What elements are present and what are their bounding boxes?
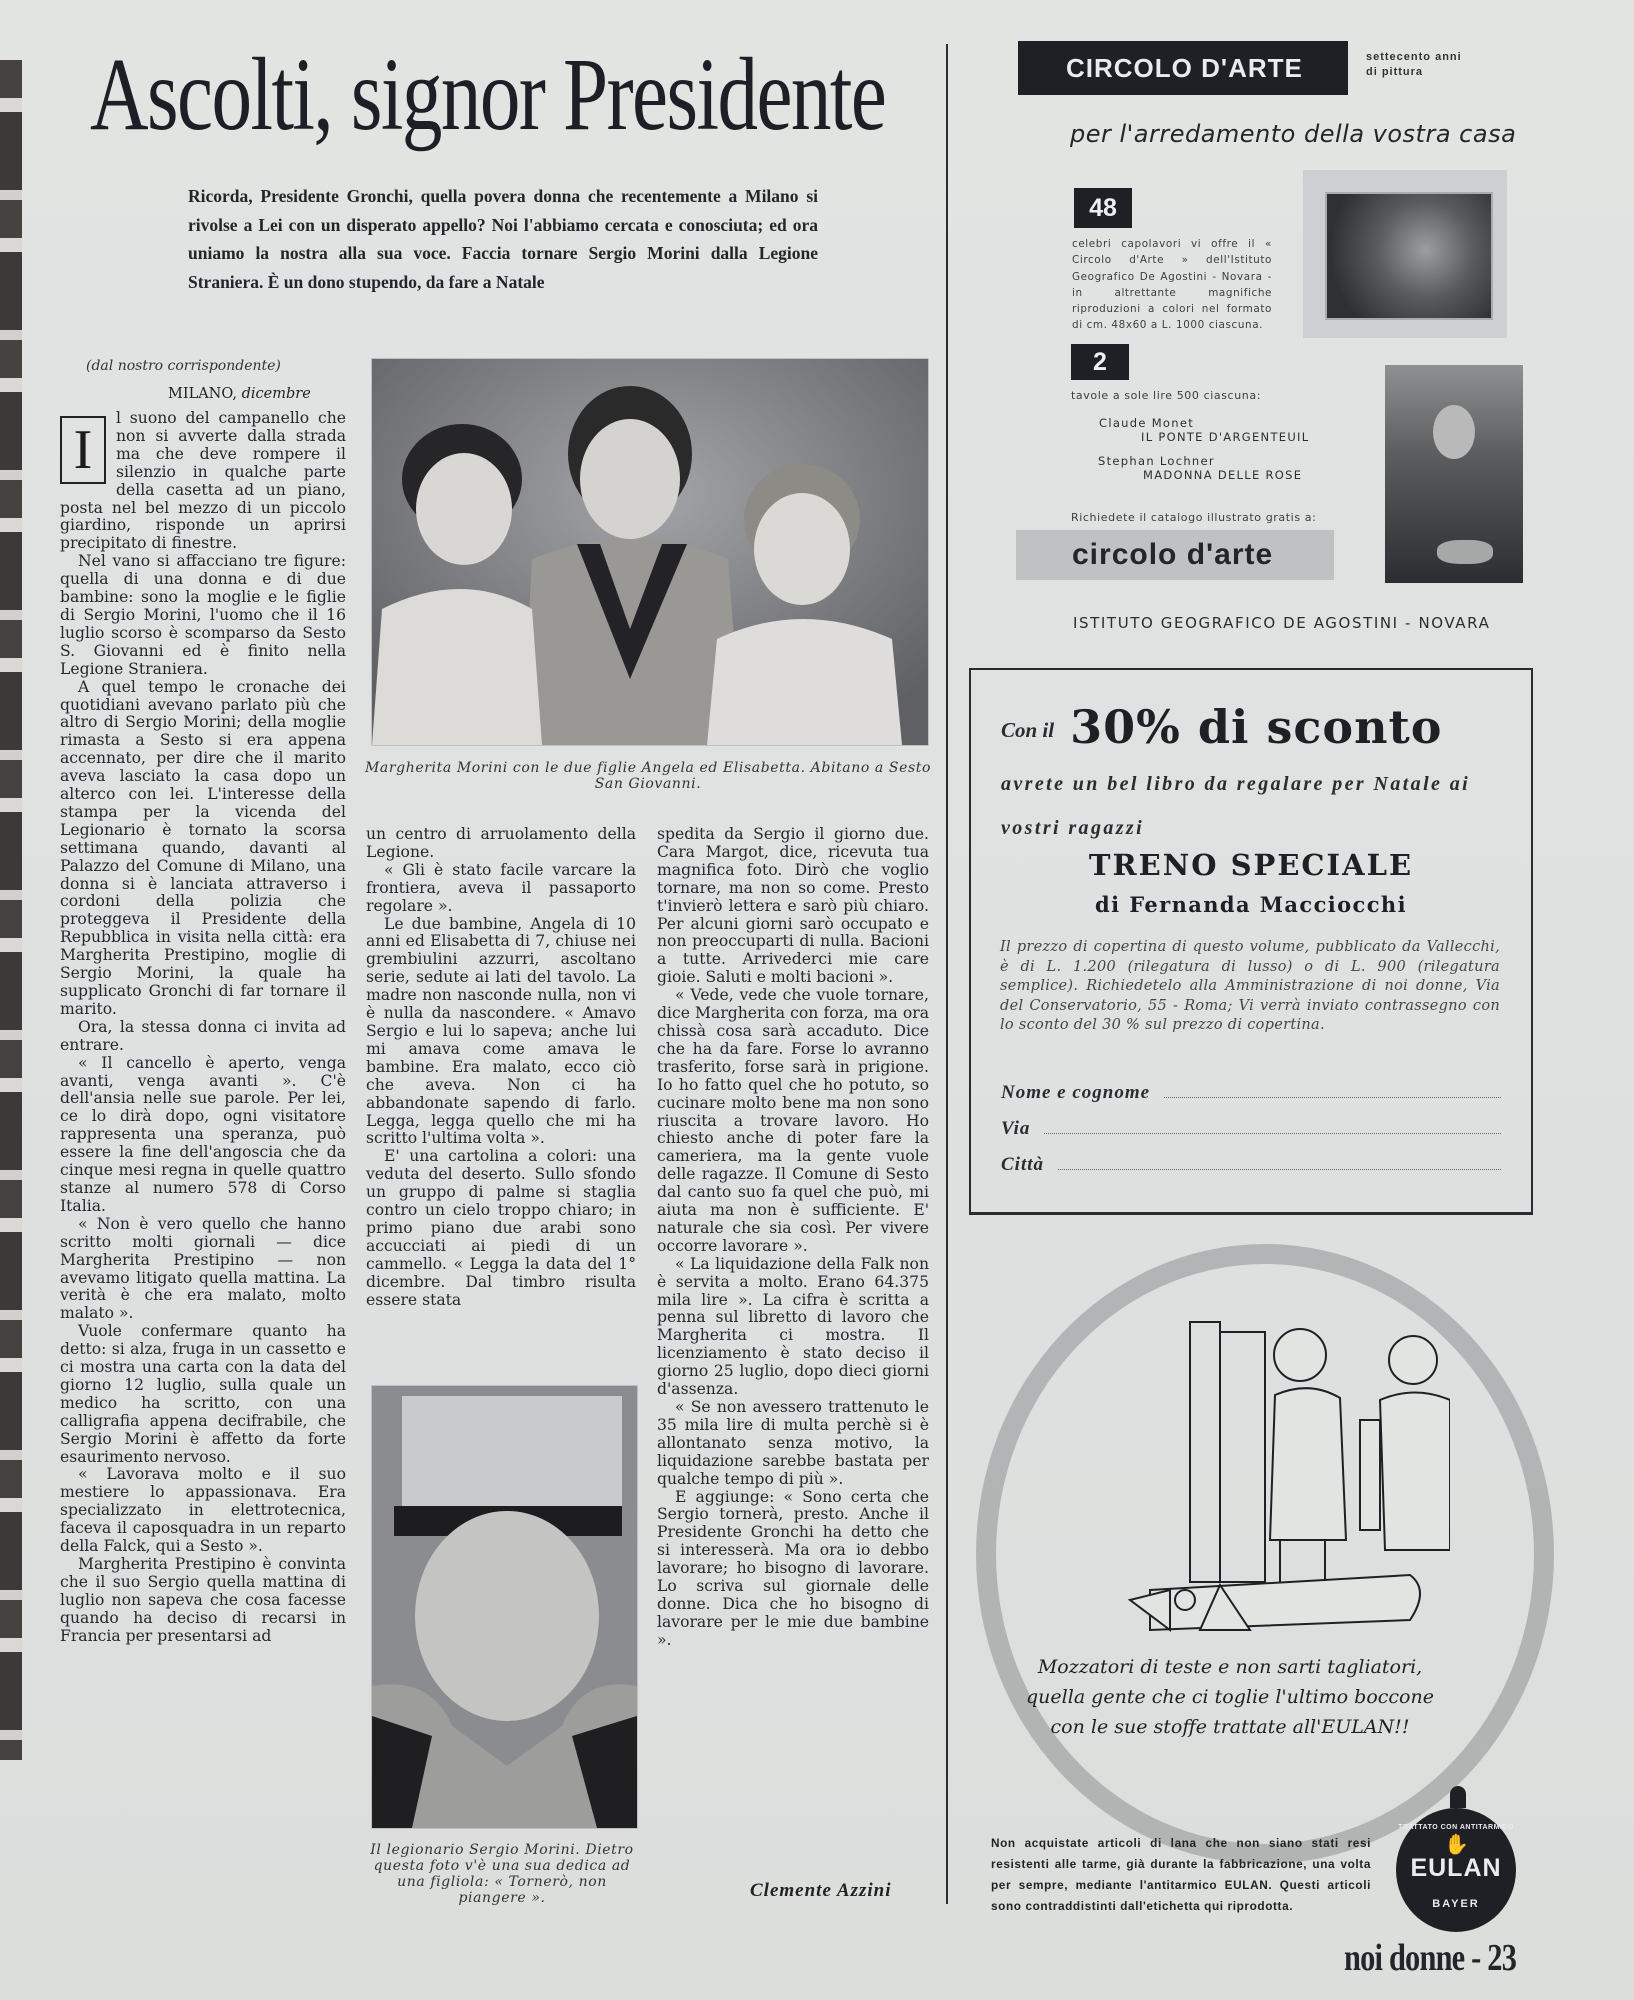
paragraph: « Vede, vede che vuole tornare, dice Mar…: [657, 987, 929, 1256]
discount-lead-big: 30% di sconto: [1070, 700, 1442, 754]
order-field-name[interactable]: Nome e cognome: [1001, 1082, 1501, 1104]
article-column-3: spedita da Sergio il giorno due. Cara Ma…: [657, 826, 929, 1876]
paragraph: Vuole confermare quanto ha detto: si alz…: [60, 1323, 346, 1466]
legionnaire-photo-illustration: [372, 1386, 637, 1828]
circolo-arte-side-note: settecento anni di pittura: [1366, 50, 1462, 80]
work-1-title: IL PONTE D'ARGENTEUIL: [1141, 430, 1309, 444]
dateline-place: MILANO,: [168, 386, 237, 402]
discount-lead: Con il30% di sconto: [1001, 700, 1442, 754]
photo-legionnaire: [371, 1385, 638, 1829]
mona-lisa-face: [1433, 405, 1475, 459]
book-ad: Con il30% di sconto avrete un bel libro …: [969, 668, 1533, 1215]
eulan-cartoon-caption: Mozzatori di teste e non sarti tagliator…: [1020, 1652, 1440, 1742]
paragraph: Le due bambine, Angela di 10 anni ed Eli…: [366, 916, 636, 1149]
paragraph: E' una cartolina a colori: una veduta de…: [366, 1148, 636, 1309]
circolo-arte-logo: circolo d'arte: [1016, 530, 1334, 580]
work-2-artist: Stephan Lochner: [1098, 454, 1215, 468]
photo-legionnaire-caption: Il legionario Sergio Morini. Dietro ques…: [366, 1842, 638, 1906]
field-label: Città: [1001, 1154, 1044, 1176]
page-folio: noi donne - 23: [1344, 1936, 1516, 1980]
circolo-arte-footer: ISTITUTO GEOGRAFICO DE AGOSTINI - NOVARA: [1073, 614, 1490, 632]
article-column-2: un centro di arruolamento della Legione.…: [366, 826, 636, 1366]
book-title: TRENO SPECIALE: [971, 848, 1531, 882]
paragraph: E aggiunge: « Sono certa che Sergio torn…: [657, 1489, 929, 1650]
byline: (dal nostro corrispondente): [86, 358, 281, 374]
book-author: di Fernanda Macciocchi: [971, 892, 1531, 917]
discount-subline: avrete un bel libro da regalare per Nata…: [1001, 762, 1511, 850]
magazine-page: Ascolti, signor Presidente Ricorda, Pres…: [0, 0, 1634, 2000]
tag-maker: BAYER: [1396, 1898, 1516, 1910]
paragraph: « Lavorava molto e il suo mestiere lo ap…: [60, 1466, 346, 1556]
family-photo-illustration: [372, 359, 928, 745]
painting-1-image: [1325, 192, 1493, 320]
work-2-title: MADONNA DELLE ROSE: [1143, 468, 1302, 482]
offer-2-text: tavole a sole lire 500 ciascuna:: [1071, 388, 1351, 404]
circolo-arte-banner: CIRCOLO D'ARTE: [1018, 41, 1348, 95]
photo-family: [371, 358, 929, 746]
eulan-tag-loop: [1450, 1786, 1466, 1808]
discount-lead-small: Con il: [1001, 718, 1054, 742]
paragraph: « Non è vero quello che hanno scritto mo…: [60, 1216, 346, 1323]
painting-mona-lisa: [1385, 365, 1523, 583]
book-order-text: Il prezzo di copertina di questo volume,…: [1000, 938, 1500, 1036]
painting-frame-1: [1303, 170, 1507, 338]
field-label: Nome e cognome: [1001, 1082, 1150, 1104]
article-headline: Ascolti, signor Presidente: [90, 20, 745, 170]
tag-ring-text: TRATTATO CON ANTITARMICO: [1396, 1824, 1516, 1831]
side-note-line-2: di pittura: [1366, 65, 1462, 80]
paragraph: Margherita Prestipino è convinta che il …: [60, 1556, 346, 1646]
side-note-line-1: settecento anni: [1366, 50, 1462, 65]
tag-brand: EULAN: [1396, 1854, 1516, 1883]
name-input-line[interactable]: [1164, 1096, 1501, 1098]
torn-page-edge: [0, 60, 22, 1760]
author-signature: Clemente Azzini: [750, 1880, 892, 1902]
city-input-line[interactable]: [1058, 1168, 1501, 1170]
paragraph: spedita da Sergio il giorno due. Cara Ma…: [657, 826, 929, 987]
paragraph: « La liquidazione della Falk non è servi…: [657, 1256, 929, 1399]
circolo-arte-tagline: per l'arredamento della vostra casa: [1070, 120, 1516, 148]
paragraph: A quel tempo le cronache dei quotidiani …: [60, 679, 346, 1019]
order-field-street[interactable]: Via: [1001, 1118, 1501, 1140]
article-column-1: I l suono del campanello che non si avve…: [60, 410, 346, 1920]
dateline-month: dicembre: [242, 386, 311, 402]
eulan-label-tag: TRATTATO CON ANTITARMICO ✋ EULAN BAYER: [1396, 1808, 1516, 1932]
photo-family-caption: Margherita Morini con le due figlie Ange…: [365, 760, 931, 792]
eulan-ad-text: Non acquistate articoli di lana che non …: [991, 1833, 1371, 1917]
street-input-line[interactable]: [1044, 1132, 1501, 1134]
paragraph: Nel vano si affacciano tre figure: quell…: [60, 553, 346, 678]
eulan-cartoon-illustration: [1110, 1300, 1450, 1640]
paragraph: « Gli è stato facile varcare la frontier…: [366, 862, 636, 916]
drop-cap: I: [60, 416, 106, 484]
order-field-city[interactable]: Città: [1001, 1154, 1501, 1176]
dateline: MILANO, dicembre: [168, 386, 311, 402]
offer-1-number: 48: [1074, 188, 1132, 228]
field-label: Via: [1001, 1118, 1030, 1140]
paragraph: un centro di arruolamento della Legione.: [366, 826, 636, 862]
paragraph: « Se non avessero trattenuto le 35 mila …: [657, 1399, 929, 1489]
article-standfirst: Ricorda, Presidente Gronchi, quella pove…: [188, 182, 818, 296]
mona-lisa-hands: [1437, 540, 1493, 564]
offer-1-text: celebri capolavori vi offre il « Circolo…: [1072, 236, 1272, 334]
catalog-request: Richiedete il catalogo illustrato gratis…: [1071, 510, 1371, 526]
column-divider: [946, 44, 948, 1904]
paragraph: Ora, la stessa donna ci invita ad entrar…: [60, 1019, 346, 1055]
work-1-artist: Claude Monet: [1099, 416, 1194, 430]
offer-2-number: 2: [1071, 344, 1129, 380]
paragraph: « Il cancello è aperto, venga avanti, ve…: [60, 1055, 346, 1216]
